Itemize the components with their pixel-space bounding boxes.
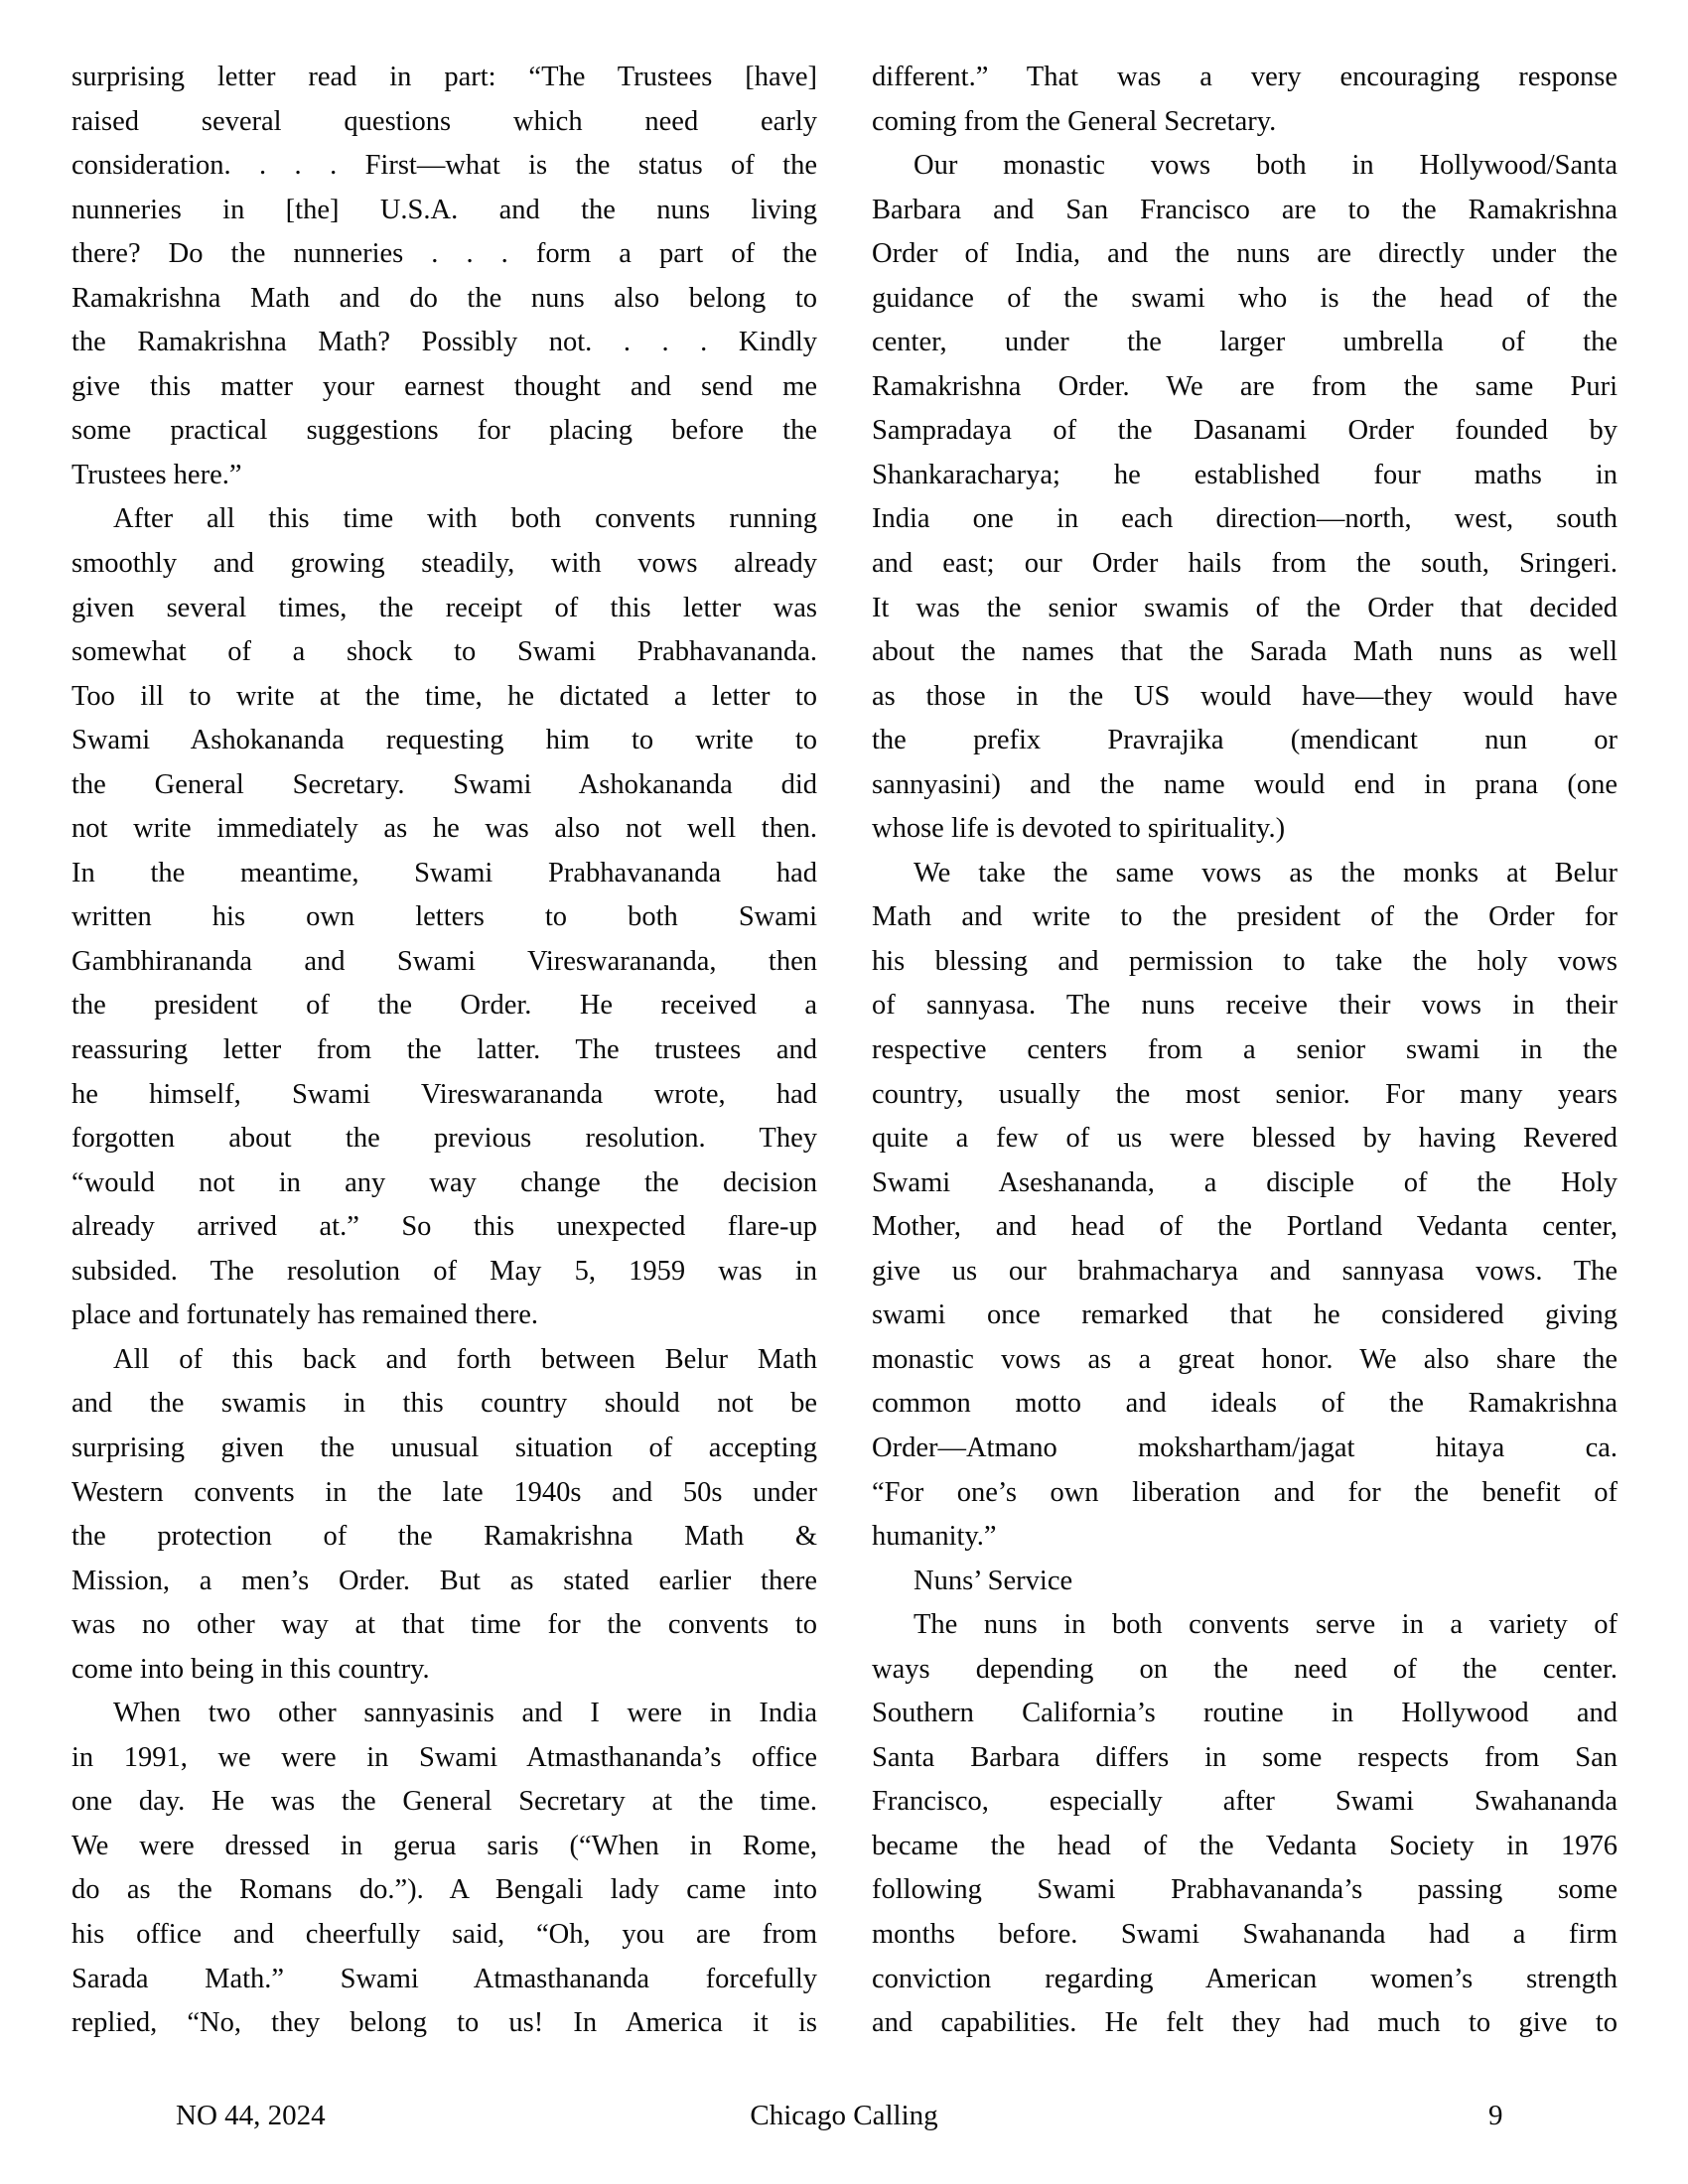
text-line: Gambhirananda and Swami Vireswarananda, …: [71, 940, 817, 985]
text-line: We take the same vows as the monks at Be…: [872, 852, 1618, 896]
text-line: sannyasini) and the name would end in pr…: [872, 763, 1618, 808]
text-line: the Ramakrishna Math? Possibly not. . . …: [71, 321, 817, 365]
text-line: All of this back and forth between Belur…: [71, 1338, 817, 1383]
text-line: one day. He was the General Secretary at…: [71, 1780, 817, 1825]
text-line: center, under the larger umbrella of the: [872, 321, 1618, 365]
text-column-right: different.” That was a very encouraging …: [872, 56, 1618, 2046]
text-line: It was the senior swamis of the Order th…: [872, 587, 1618, 631]
text-line: Sampradaya of the Dasanami Order founded…: [872, 409, 1618, 454]
text-line: Our monastic vows both in Hollywood/Sant…: [872, 144, 1618, 189]
text-line: do as the Romans do.”). A Bengali lady c…: [71, 1868, 817, 1913]
text-line: ways depending on the need of the center…: [872, 1648, 1618, 1693]
text-line: following Swami Prabhavananda’s passing …: [872, 1868, 1618, 1913]
text-line: smoothly and growing steadily, with vows…: [71, 542, 817, 587]
text-line: The nuns in both convents serve in a var…: [872, 1603, 1618, 1648]
text-line: about the names that the Sarada Math nun…: [872, 630, 1618, 675]
text-line: and the swamis in this country should no…: [71, 1382, 817, 1427]
text-line: became the head of the Vedanta Society i…: [872, 1825, 1618, 1869]
text-line: raised several questions which need earl…: [71, 100, 817, 145]
text-line: months before. Swami Swahananda had a fi…: [872, 1913, 1618, 1958]
text-line: give this matter your earnest thought an…: [71, 365, 817, 410]
page-footer: NO 44, 2024 Chicago Calling 9: [0, 2093, 1688, 2138]
text-line: forgotten about the previous resolution.…: [71, 1117, 817, 1161]
text-line: Swami Ashokananda requesting him to writ…: [71, 719, 817, 763]
text-line: somewhat of a shock to Swami Prabhavanan…: [71, 630, 817, 675]
text-line: respective centers from a senior swami i…: [872, 1028, 1618, 1073]
text-line: Ramakrishna Order. We are from the same …: [872, 365, 1618, 410]
text-line: swami once remarked that he considered g…: [872, 1294, 1618, 1338]
text-line: given several times, the receipt of this…: [71, 587, 817, 631]
text-line: in 1991, we were in Swami Atmasthananda’…: [71, 1736, 817, 1781]
text-line: the General Secretary. Swami Ashokananda…: [71, 763, 817, 808]
text-line: guidance of the swami who is the head of…: [872, 277, 1618, 322]
text-line: as those in the US would have—they would…: [872, 675, 1618, 720]
text-line: consideration. . . . First—what is the s…: [71, 144, 817, 189]
text-line: common motto and ideals of the Ramakrish…: [872, 1382, 1618, 1427]
text-line: come into being in this country.: [71, 1648, 817, 1693]
text-line: of sannyasa. The nuns receive their vows…: [872, 984, 1618, 1028]
text-line: Mission, a men’s Order. But as stated ea…: [71, 1560, 817, 1604]
text-line: there? Do the nunneries . . . form a par…: [71, 232, 817, 277]
text-line: was no other way at that time for the co…: [71, 1603, 817, 1648]
text-line: place and fortunately has remained there…: [71, 1294, 817, 1338]
text-line: Order—Atmano mokshartham/jagat hitaya ca…: [872, 1427, 1618, 1471]
text-line: whose life is devoted to spirituality.): [872, 807, 1618, 852]
text-line: not write immediately as he was also not…: [71, 807, 817, 852]
text-line: different.” That was a very encouraging …: [872, 56, 1618, 100]
text-line: nunneries in [the] U.S.A. and the nuns l…: [71, 189, 817, 233]
text-line: Trustees here.”: [71, 454, 817, 498]
text-line: humanity.”: [872, 1515, 1618, 1560]
text-line: Barbara and San Francisco are to the Ram…: [872, 189, 1618, 233]
footer-page-number: 9: [1488, 2093, 1503, 2138]
text-line: Too ill to write at the time, he dictate…: [71, 675, 817, 720]
text-line: conviction regarding American women’s st…: [872, 1958, 1618, 2002]
text-line: give us our brahmacharya and sannyasa vo…: [872, 1250, 1618, 1295]
text-line: quite a few of us were blessed by having…: [872, 1117, 1618, 1161]
text-line: reassuring letter from the latter. The t…: [71, 1028, 817, 1073]
text-line: and east; our Order hails from the south…: [872, 542, 1618, 587]
text-line: India one in each direction—north, west,…: [872, 497, 1618, 542]
text-line: Nuns’ Service: [872, 1560, 1618, 1604]
text-line: written his own letters to both Swami: [71, 895, 817, 940]
text-line: Ramakrishna Math and do the nuns also be…: [71, 277, 817, 322]
text-line: replied, “No, they belong to us! In Amer…: [71, 2001, 817, 2046]
text-line: he himself, Swami Vireswarananda wrote, …: [71, 1073, 817, 1118]
text-line: and capabilities. He felt they had much …: [872, 2001, 1618, 2046]
text-line: the protection of the Ramakrishna Math &: [71, 1515, 817, 1560]
text-line: Mother, and head of the Portland Vedanta…: [872, 1205, 1618, 1250]
text-line: Francisco, especially after Swami Swahan…: [872, 1780, 1618, 1825]
text-line: already arrived at.” So this unexpected …: [71, 1205, 817, 1250]
text-line: “would not in any way change the decisio…: [71, 1161, 817, 1206]
text-line: subsided. The resolution of May 5, 1959 …: [71, 1250, 817, 1295]
footer-issue: NO 44, 2024: [176, 2093, 326, 2138]
text-line: the president of the Order. He received …: [71, 984, 817, 1028]
text-line: the prefix Pravrajika (mendicant nun or: [872, 719, 1618, 763]
text-line: Shankaracharya; he established four math…: [872, 454, 1618, 498]
text-columns: surprising letter read in part: “The Tru…: [71, 56, 1618, 2046]
text-line: When two other sannyasinis and I were in…: [71, 1692, 817, 1736]
text-line: After all this time with both convents r…: [71, 497, 817, 542]
text-line: In the meantime, Swami Prabhavananda had: [71, 852, 817, 896]
text-line: his office and cheerfully said, “Oh, you…: [71, 1913, 817, 1958]
text-line: We were dressed in gerua saris (“When in…: [71, 1825, 817, 1869]
footer-journal-title: Chicago Calling: [750, 2093, 937, 2138]
text-line: Swami Aseshananda, a disciple of the Hol…: [872, 1161, 1618, 1206]
text-line: his blessing and permission to take the …: [872, 940, 1618, 985]
text-line: “For one’s own liberation and for the be…: [872, 1471, 1618, 1516]
text-line: coming from the General Secretary.: [872, 100, 1618, 145]
text-line: Santa Barbara differs in some respects f…: [872, 1736, 1618, 1781]
text-line: Southern California’s routine in Hollywo…: [872, 1692, 1618, 1736]
text-line: Order of India, and the nuns are directl…: [872, 232, 1618, 277]
text-line: Math and write to the president of the O…: [872, 895, 1618, 940]
text-line: Sarada Math.” Swami Atmasthananda forcef…: [71, 1958, 817, 2002]
text-line: some practical suggestions for placing b…: [71, 409, 817, 454]
text-column-left: surprising letter read in part: “The Tru…: [71, 56, 817, 2046]
text-line: surprising given the unusual situation o…: [71, 1427, 817, 1471]
text-line: country, usually the most senior. For ma…: [872, 1073, 1618, 1118]
text-line: Western convents in the late 1940s and 5…: [71, 1471, 817, 1516]
text-line: surprising letter read in part: “The Tru…: [71, 56, 817, 100]
document-page: surprising letter read in part: “The Tru…: [0, 0, 1688, 2184]
text-line: monastic vows as a great honor. We also …: [872, 1338, 1618, 1383]
